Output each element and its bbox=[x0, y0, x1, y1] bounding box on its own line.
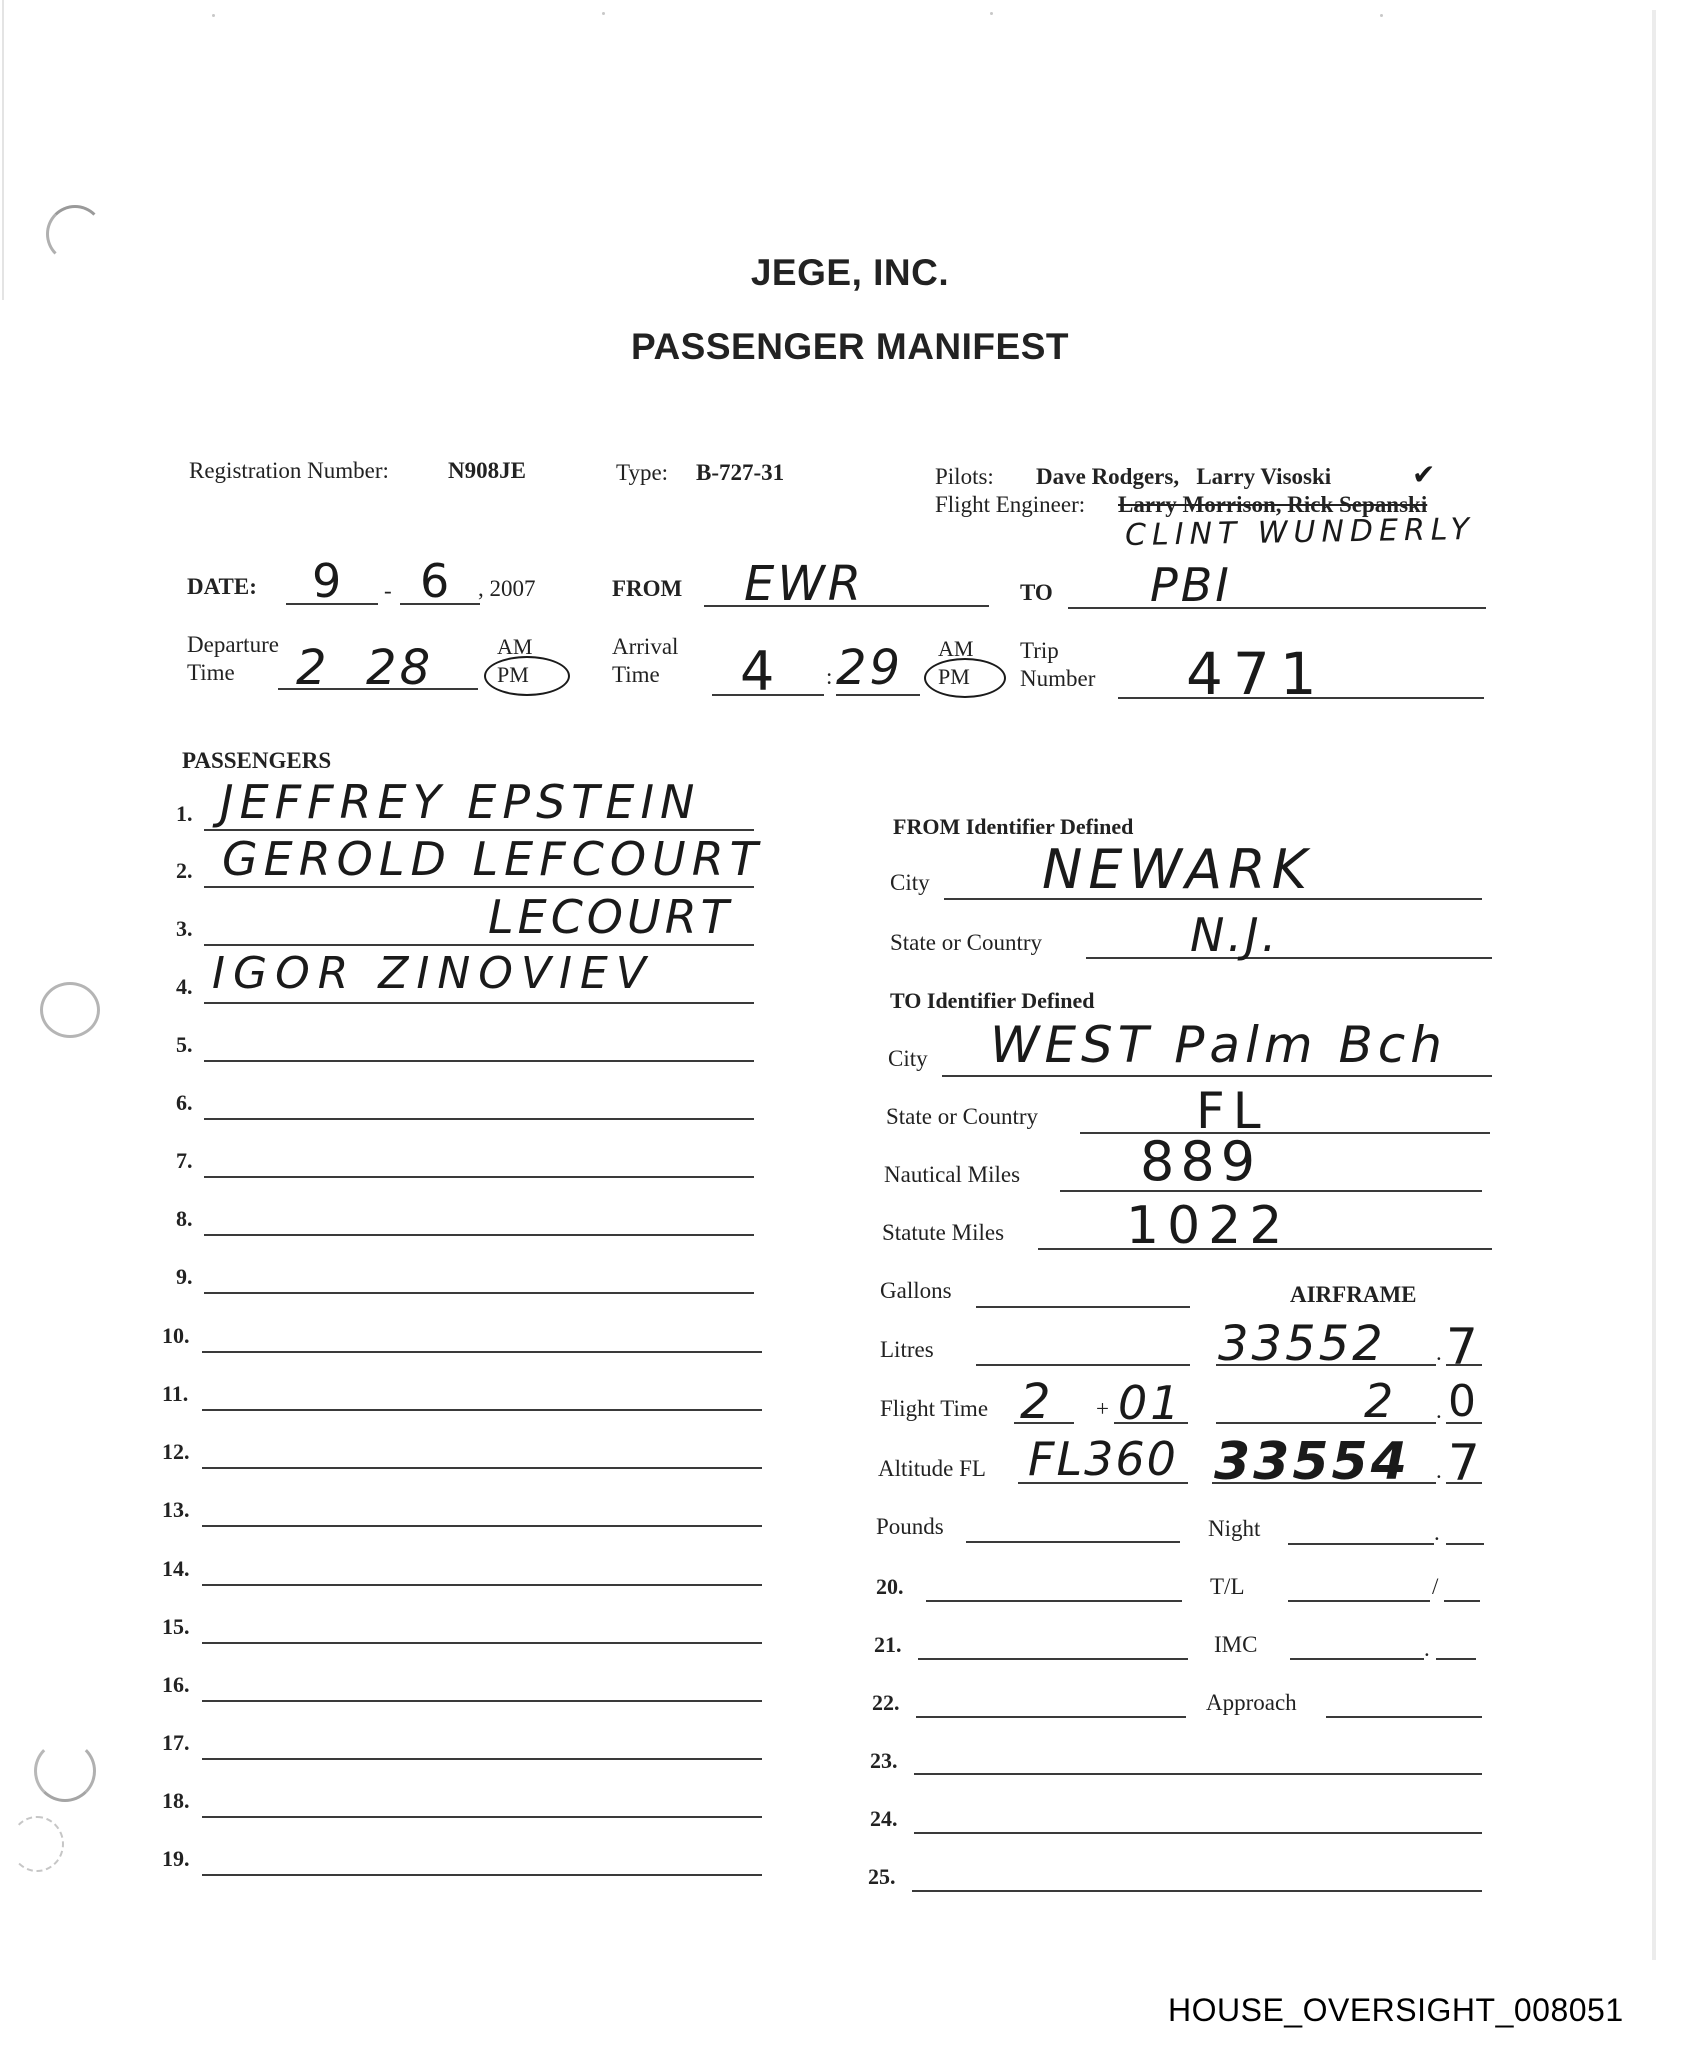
row-number: 22. bbox=[872, 1690, 900, 1716]
passenger-row-number: 3. bbox=[176, 916, 193, 942]
passenger-row-number: 7. bbox=[176, 1148, 193, 1174]
passenger-row-number: 4. bbox=[176, 974, 193, 1000]
passenger-row-number: 12. bbox=[162, 1439, 190, 1465]
from-state-line bbox=[1086, 957, 1492, 959]
row-number: 21. bbox=[874, 1632, 902, 1658]
pounds-label: Pounds bbox=[876, 1514, 944, 1540]
to-value[interactable]: PBI bbox=[1150, 558, 1232, 612]
row-20-line[interactable] bbox=[926, 1600, 1182, 1602]
altitude-label: Altitude FL bbox=[878, 1456, 986, 1482]
airframe-flight-time-dot: . bbox=[1436, 1398, 1442, 1424]
date-year: , 2007 bbox=[478, 576, 536, 602]
pounds-line[interactable] bbox=[966, 1541, 1180, 1543]
night-line[interactable] bbox=[1288, 1543, 1434, 1545]
tl-second-line[interactable] bbox=[1444, 1600, 1480, 1602]
statute-miles-value[interactable]: 1022 bbox=[1126, 1196, 1290, 1256]
passenger-name-line[interactable] bbox=[202, 1874, 762, 1876]
punch-hole-icon bbox=[34, 1740, 96, 1802]
airframe-start-value[interactable]: 33552 bbox=[1218, 1316, 1386, 1372]
scan-speck bbox=[212, 14, 215, 17]
trip-number-value[interactable]: 471 bbox=[1186, 640, 1327, 708]
arrival-pm-circle bbox=[924, 658, 1006, 698]
night-decimal-line[interactable] bbox=[1446, 1543, 1484, 1545]
registration-value: N908JE bbox=[448, 458, 526, 484]
to-identifier-heading: TO Identifier Defined bbox=[890, 988, 1095, 1014]
to-label: TO bbox=[1020, 580, 1053, 606]
airframe-start-dot: . bbox=[1436, 1340, 1442, 1366]
passenger-name[interactable]: GEROLD LEFCOURT bbox=[222, 832, 764, 886]
passenger-row-number: 11. bbox=[162, 1381, 188, 1407]
date-day[interactable]: 6 bbox=[420, 554, 452, 608]
airframe-end-dot: . bbox=[1436, 1458, 1442, 1484]
row-22-line[interactable] bbox=[916, 1716, 1186, 1718]
arrival-label-time: Time bbox=[612, 662, 660, 688]
passenger-name-line[interactable] bbox=[202, 1816, 762, 1818]
passenger-name-line[interactable] bbox=[204, 829, 754, 831]
altitude-value[interactable]: FL360 bbox=[1028, 1432, 1178, 1486]
passenger-name-line[interactable] bbox=[202, 1525, 762, 1527]
passengers-heading: PASSENGERS bbox=[182, 748, 331, 774]
from-city-label: City bbox=[890, 870, 930, 896]
from-state-value[interactable]: N.J. bbox=[1190, 908, 1279, 962]
passenger-row-number: 5. bbox=[176, 1032, 193, 1058]
passenger-row-number: 10. bbox=[162, 1323, 190, 1349]
flight-engineer-handwritten: CLINT WUNDERLY bbox=[1125, 512, 1476, 553]
passenger-name[interactable]: LECOURT bbox=[488, 890, 733, 944]
flight-time-label: Flight Time bbox=[880, 1396, 988, 1422]
flight-time-plus: + bbox=[1096, 1396, 1109, 1422]
passenger-name-line[interactable] bbox=[204, 1234, 754, 1236]
nautical-miles-line bbox=[1060, 1190, 1482, 1192]
date-separator: - bbox=[384, 578, 392, 604]
checkmark-icon: ✔ bbox=[1412, 458, 1435, 492]
tl-slash: / bbox=[1432, 1574, 1438, 1600]
litres-line[interactable] bbox=[976, 1364, 1190, 1366]
to-city-label: City bbox=[888, 1046, 928, 1072]
to-line bbox=[1068, 607, 1486, 609]
scan-speck bbox=[990, 12, 993, 15]
passenger-name-line[interactable] bbox=[204, 944, 754, 946]
bates-number: HOUSE_OVERSIGHT_008051 bbox=[1168, 1992, 1624, 2029]
flight-engineer-label: Flight Engineer: bbox=[935, 492, 1085, 518]
passenger-name-line[interactable] bbox=[204, 1060, 754, 1062]
pilots-label: Pilots: bbox=[935, 464, 994, 490]
row-number: 25. bbox=[868, 1864, 896, 1890]
gallons-line[interactable] bbox=[976, 1306, 1190, 1308]
punch-hole-icon bbox=[10, 1816, 64, 1872]
departure-pm-circle bbox=[484, 656, 570, 696]
imc-decimal-line[interactable] bbox=[1436, 1658, 1476, 1660]
night-label: Night bbox=[1208, 1516, 1260, 1542]
from-value[interactable]: EWR bbox=[744, 556, 864, 612]
trip-label-number: Number bbox=[1020, 666, 1095, 692]
passenger-name-line[interactable] bbox=[202, 1409, 762, 1411]
airframe-end-value[interactable]: 33554 bbox=[1214, 1432, 1410, 1492]
airframe-flight-time-line bbox=[1216, 1422, 1436, 1424]
passenger-name-line[interactable] bbox=[202, 1700, 762, 1702]
departure-label: Departure bbox=[187, 632, 279, 658]
airframe-flight-time-decimal[interactable]: 0 bbox=[1448, 1376, 1479, 1427]
flight-time-hours[interactable]: 2 bbox=[1020, 1374, 1054, 1430]
imc-line[interactable] bbox=[1290, 1658, 1424, 1660]
date-month[interactable]: 9 bbox=[312, 554, 344, 608]
approach-label: Approach bbox=[1206, 1690, 1297, 1716]
registration-label: Registration Number: bbox=[189, 458, 389, 484]
type-value: B-727-31 bbox=[696, 460, 784, 486]
row-23-line[interactable] bbox=[914, 1773, 1482, 1775]
imc-label: IMC bbox=[1214, 1632, 1257, 1658]
passenger-row-number: 1. bbox=[176, 801, 193, 827]
airframe-flight-time[interactable]: 2 bbox=[1364, 1374, 1396, 1428]
nautical-miles-label: Nautical Miles bbox=[884, 1162, 1020, 1188]
to-city-line bbox=[942, 1075, 1492, 1077]
passenger-row-number: 6. bbox=[176, 1090, 193, 1116]
to-city-value[interactable]: WEST Palm Bch bbox=[990, 1016, 1447, 1074]
litres-label: Litres bbox=[880, 1337, 934, 1363]
from-identifier-heading: FROM Identifier Defined bbox=[893, 814, 1133, 840]
row-number: 20. bbox=[876, 1574, 904, 1600]
passenger-name-line[interactable] bbox=[204, 1002, 754, 1004]
passenger-name-line[interactable] bbox=[204, 1292, 754, 1294]
passenger-name[interactable]: IGOR ZINOVIEV bbox=[212, 948, 654, 999]
gallons-label: Gallons bbox=[880, 1278, 952, 1304]
to-state-label: State or Country bbox=[886, 1104, 1038, 1130]
passenger-row-number: 17. bbox=[162, 1730, 190, 1756]
airframe-heading: AIRFRAME bbox=[1290, 1282, 1417, 1308]
passenger-row-number: 13. bbox=[162, 1497, 190, 1523]
type-label: Type: bbox=[616, 460, 668, 486]
passenger-row-number: 18. bbox=[162, 1788, 190, 1814]
airframe-start-decimal[interactable]: 7 bbox=[1446, 1318, 1481, 1376]
passenger-name-line[interactable] bbox=[202, 1351, 762, 1353]
arrival-colon: : bbox=[826, 664, 832, 690]
scan-speck bbox=[602, 12, 605, 15]
row-25-line[interactable] bbox=[912, 1890, 1482, 1892]
tl-label: T/L bbox=[1210, 1574, 1245, 1600]
passenger-name-line[interactable] bbox=[204, 1176, 754, 1178]
date-label: DATE: bbox=[187, 574, 257, 600]
passenger-name-line[interactable] bbox=[204, 886, 754, 888]
from-state-label: State or Country bbox=[890, 930, 1042, 956]
passenger-name-line[interactable] bbox=[204, 1118, 754, 1120]
from-label: FROM bbox=[612, 576, 682, 602]
trip-label: Trip bbox=[1020, 638, 1059, 664]
row-number: 24. bbox=[870, 1806, 898, 1832]
row-number: 23. bbox=[870, 1748, 898, 1774]
statute-miles-label: Statute Miles bbox=[882, 1220, 1004, 1246]
punch-hole-icon bbox=[40, 982, 100, 1038]
passenger-name-line[interactable] bbox=[202, 1758, 762, 1760]
row-24-line[interactable] bbox=[914, 1832, 1482, 1834]
tl-line[interactable] bbox=[1288, 1600, 1430, 1602]
passenger-row-number: 16. bbox=[162, 1672, 190, 1698]
flight-time-minutes[interactable]: 01 bbox=[1118, 1376, 1183, 1430]
scan-speck bbox=[1380, 14, 1383, 17]
passenger-name-line[interactable] bbox=[202, 1467, 762, 1469]
page-title: PASSENGER MANIFEST bbox=[0, 326, 1700, 368]
from-city-value[interactable]: NEWARK bbox=[1042, 838, 1313, 901]
departure-value[interactable]: 2 28 bbox=[296, 640, 433, 696]
passenger-row-number: 19. bbox=[162, 1846, 190, 1872]
passenger-name[interactable]: JEFFREY EPSTEIN bbox=[220, 775, 700, 829]
arrival-hour[interactable]: 4 bbox=[740, 640, 777, 703]
passenger-row-number: 8. bbox=[176, 1206, 193, 1232]
airframe-end-decimal[interactable]: 7 bbox=[1448, 1434, 1483, 1492]
passenger-row-number: 9. bbox=[176, 1264, 193, 1290]
nautical-miles-value[interactable]: 889 bbox=[1140, 1130, 1261, 1193]
passenger-name-line[interactable] bbox=[202, 1642, 762, 1644]
passenger-row-number: 15. bbox=[162, 1614, 190, 1640]
arrival-minute[interactable]: 29 bbox=[836, 640, 903, 696]
scan-edge-right bbox=[1652, 10, 1656, 1960]
passenger-row-number: 14. bbox=[162, 1556, 190, 1582]
arrival-label: Arrival bbox=[612, 634, 678, 660]
departure-label-time: Time bbox=[187, 660, 235, 686]
night-dot: . bbox=[1434, 1520, 1440, 1546]
imc-dot: . bbox=[1424, 1636, 1430, 1662]
passenger-name-line[interactable] bbox=[202, 1584, 762, 1586]
pilots-value: Dave Rodgers, Larry Visoski bbox=[1036, 464, 1331, 490]
approach-line[interactable] bbox=[1326, 1716, 1482, 1718]
company-name: JEGE, INC. bbox=[0, 252, 1700, 294]
passenger-row-number: 2. bbox=[176, 858, 193, 884]
row-21-line[interactable] bbox=[918, 1658, 1188, 1660]
